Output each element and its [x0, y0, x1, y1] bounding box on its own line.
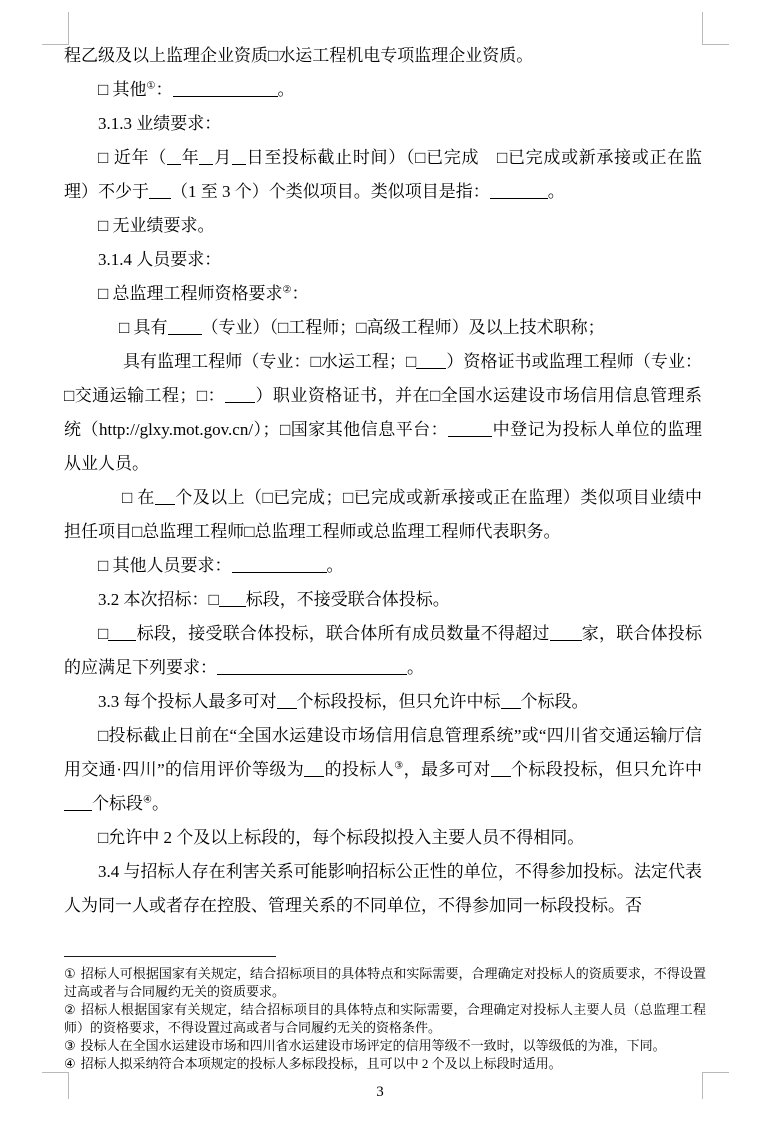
fill-in-blank [219, 593, 246, 607]
paragraph: □ 其他①：。 [64, 73, 702, 107]
footnote-ref: ③ [394, 760, 403, 771]
fill-in-blank [232, 151, 246, 165]
fill-in-blank [64, 797, 92, 811]
paragraph: 具有监理工程师（专业：□水运工程；□）资格证书或监理工程师（专业：□交通运输工程… [64, 345, 702, 481]
footnote: ②招标人根据国家有关规定，结合招标项目的具体特点和实际需要，合理确定对投标人主要… [64, 1001, 706, 1037]
footnote-marker: ② [64, 1002, 76, 1017]
paragraph: □ 总监理工程师资格要求②： [64, 277, 702, 311]
fill-in-blank [277, 695, 297, 709]
document-page: 程乙级及以上监理企业资质□水运工程机电专项监理企业资质。□ 其他①：。3.1.3… [0, 0, 760, 1124]
crop-mark-top-right [702, 12, 729, 45]
fill-in-blank [491, 763, 511, 777]
paragraph: □投标截止日前在“全国水运建设市场信用信息管理系统”或“四川省交通运输厅信用交通… [64, 719, 702, 821]
footnote-ref: ④ [143, 794, 152, 805]
footnote-marker: ③ [64, 1038, 76, 1053]
paragraph: 3.1.3 业绩要求： [64, 107, 702, 141]
paragraph: □ 具有（专业）（□工程师；□高级工程师）及以上技术职称； [64, 311, 702, 345]
fill-in-blank [550, 627, 582, 641]
footnote-marker: ① [64, 966, 76, 981]
fill-in-blank [448, 423, 492, 437]
fill-in-blank [232, 559, 327, 573]
footnote: ④招标人拟采纳符合本项规定的投标人多标段投标，且可以中 2 个及以上标段时适用。 [64, 1055, 706, 1073]
paragraph: □ 在个及以上（□已完成；□已完成或新承接或正在监理）类似项目业绩中担任项目□总… [64, 481, 702, 549]
fill-in-blank [155, 491, 175, 505]
fill-in-blank [501, 695, 521, 709]
fill-in-blank [225, 389, 255, 403]
fill-in-blank [217, 661, 407, 675]
footnote-separator [64, 956, 276, 957]
fill-in-blank [173, 83, 278, 97]
paragraph: 3.1.4 人员要求： [64, 243, 702, 277]
footnotes: ①招标人可根据国家有关规定，结合招标项目的具体特点和实际需要，合理确定对投标人的… [64, 965, 706, 1073]
footnote-ref: ② [283, 284, 292, 295]
fill-in-blank [167, 151, 181, 165]
fill-in-blank [199, 151, 213, 165]
fill-in-blank [168, 321, 202, 335]
fill-in-blank [108, 627, 136, 641]
paragraph: □标段，接受联合体投标，联合体所有成员数量不得超过家，联合体投标的应满足下列要求… [64, 617, 702, 685]
footnote-marker: ④ [64, 1056, 76, 1071]
paragraph: 3.4 与招标人存在利害关系可能影响招标公正性的单位，不得参加投标。法定代表人为… [64, 855, 702, 923]
footnote-ref: ① [147, 80, 156, 91]
paragraph: 3.3 每个投标人最多可对个标段投标，但只允许中标个标段。 [64, 685, 702, 719]
document-body: 程乙级及以上监理企业资质□水运工程机电专项监理企业资质。□ 其他①：。3.1.3… [64, 39, 702, 923]
paragraph: □ 其他人员要求：。 [64, 549, 702, 583]
paragraph: 程乙级及以上监理企业资质□水运工程机电专项监理企业资质。 [64, 39, 702, 73]
paragraph: □ 无业绩要求。 [64, 209, 702, 243]
fill-in-blank [149, 185, 171, 199]
fill-in-blank [304, 763, 324, 777]
footnote: ①招标人可根据国家有关规定，结合招标项目的具体特点和实际需要，合理确定对投标人的… [64, 965, 706, 1001]
footnote: ③投标人在全国水运建设市场和四川省水运建设市场评定的信用等级不一致时，以等级低的… [64, 1037, 706, 1055]
fill-in-blank [490, 185, 548, 199]
paragraph: 3.2 本次招标：□标段，不接受联合体投标。 [64, 583, 702, 617]
paragraph: □ 近年（年月日至投标截止时间）（□已完成 □已完成或新承接或正在监理）不少于（… [64, 141, 702, 209]
paragraph: □允许中 2 个及以上标段的，每个标段拟投入主要人员不得相同。 [64, 821, 702, 855]
fill-in-blank [416, 355, 446, 369]
page-number: 3 [0, 1082, 760, 1102]
